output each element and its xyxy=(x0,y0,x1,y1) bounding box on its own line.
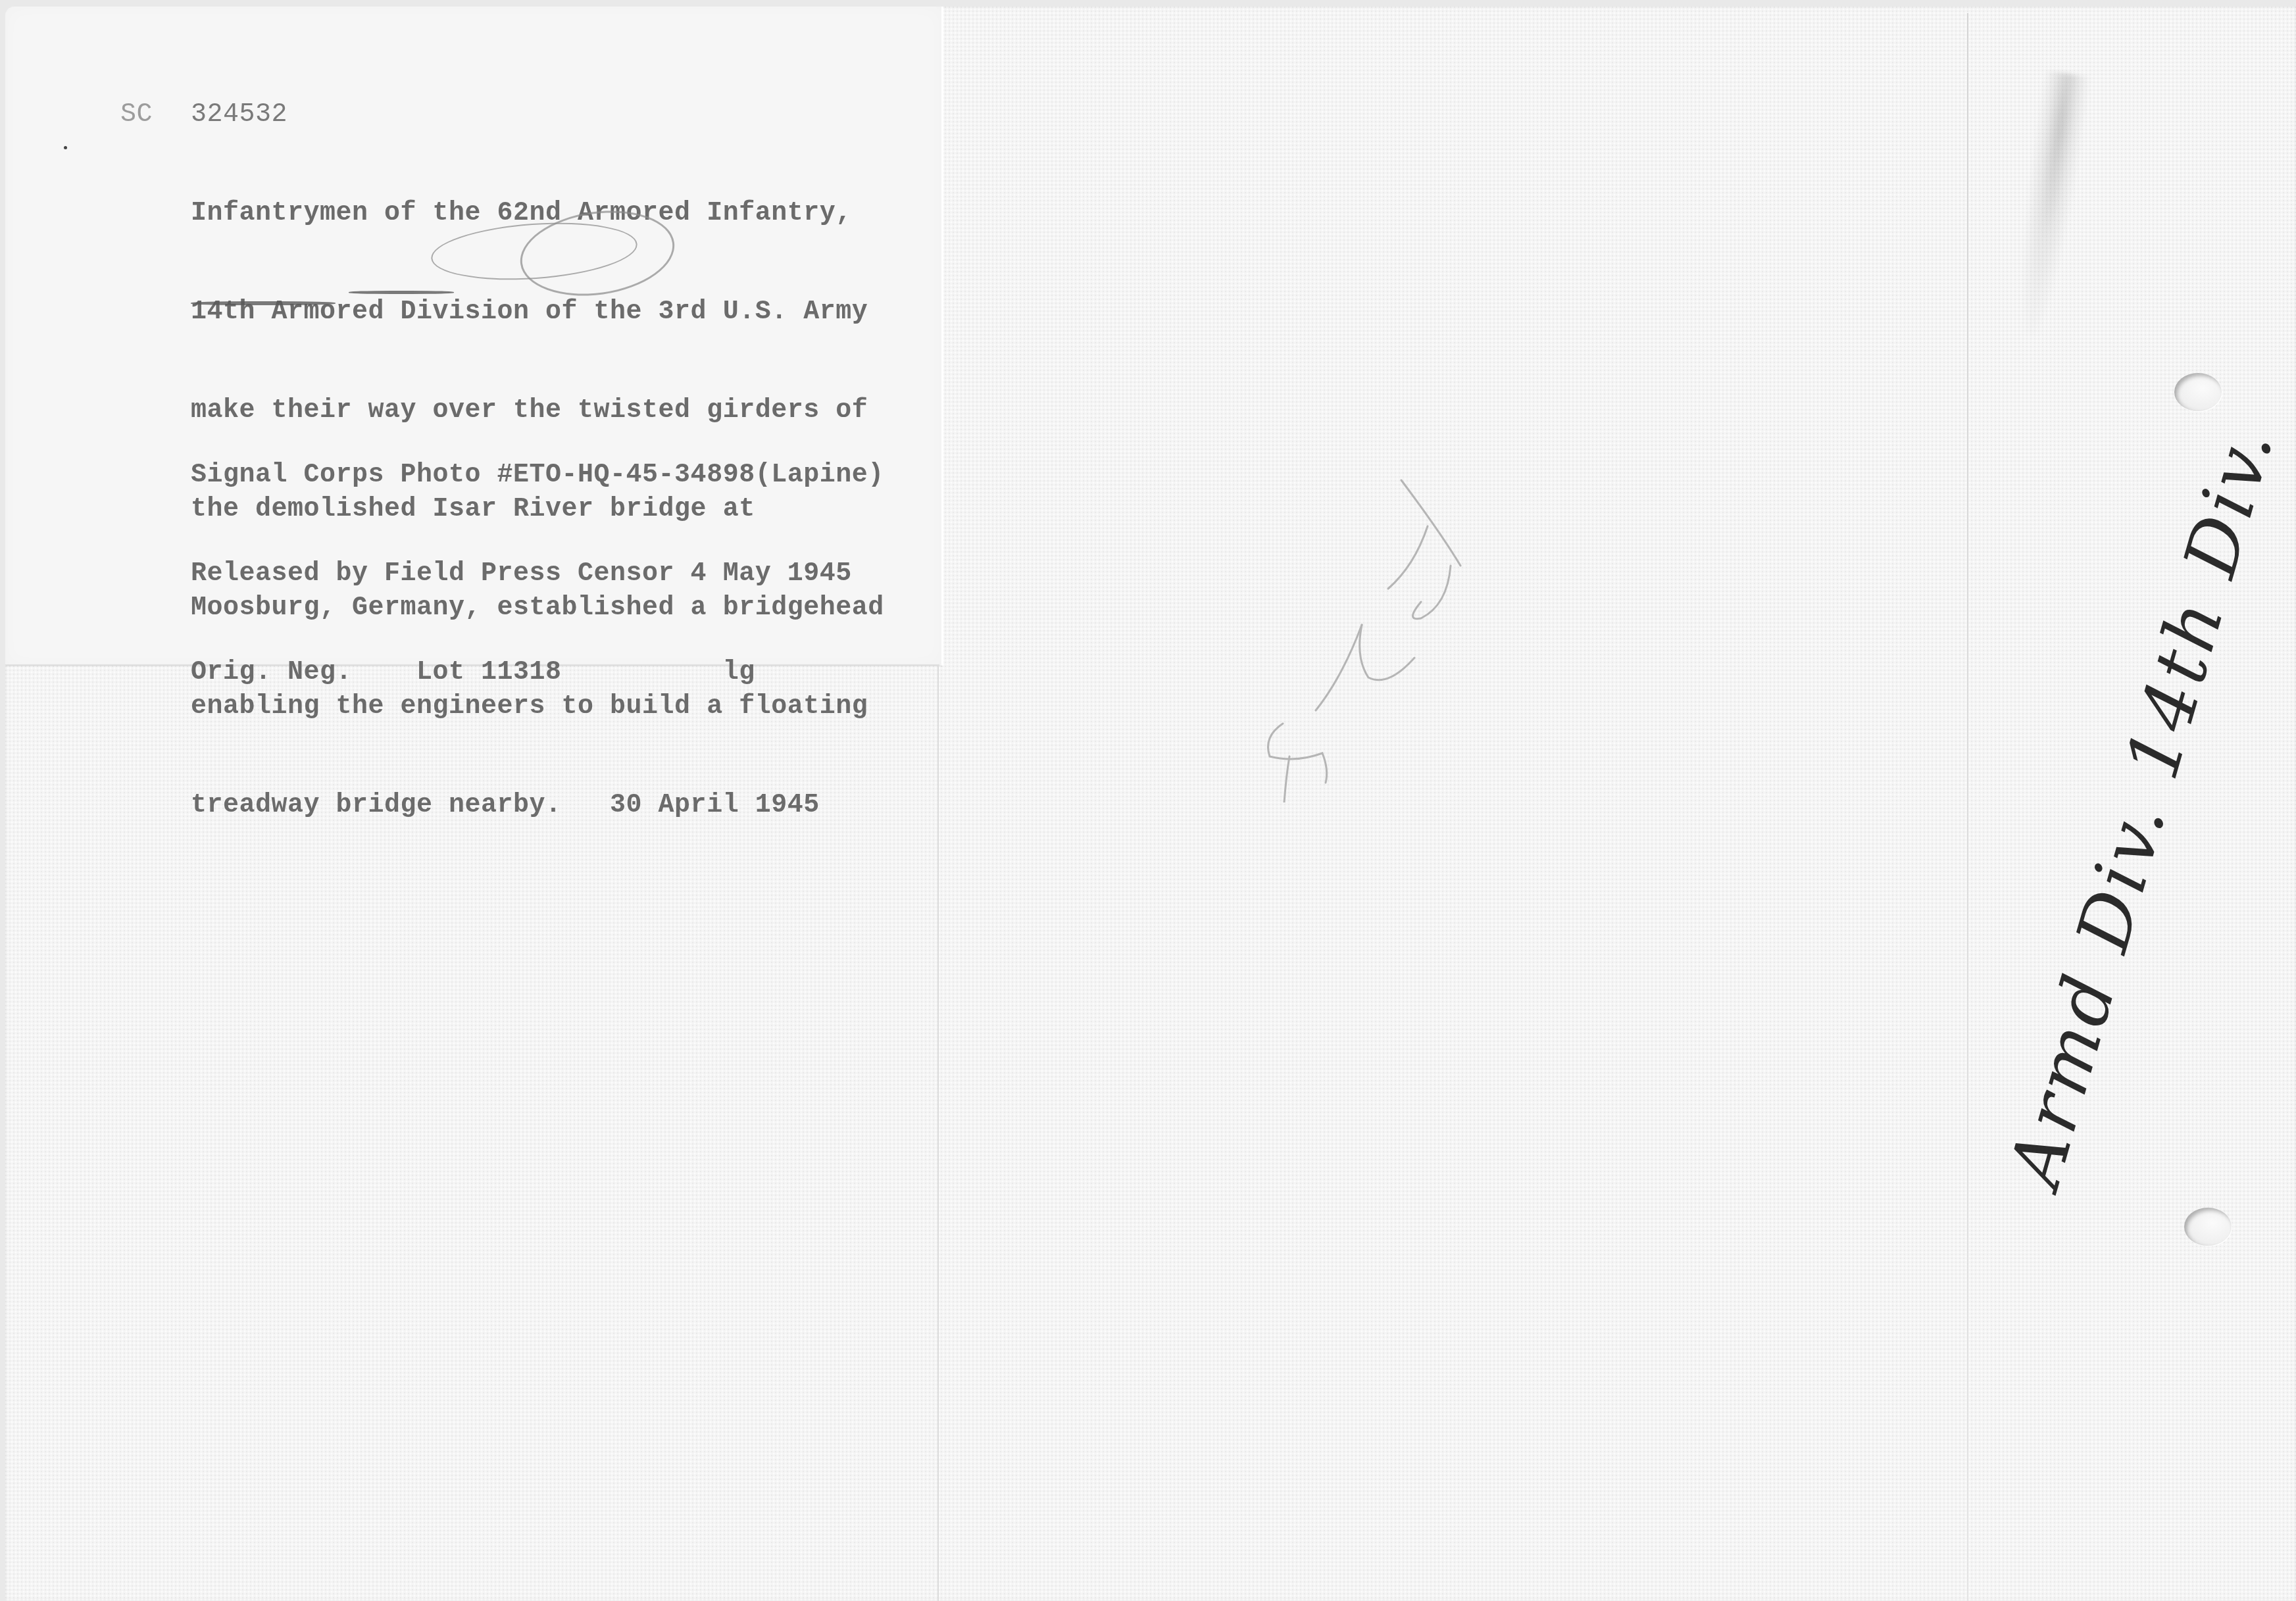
caption-card-seam xyxy=(937,666,939,1601)
credit-line: Signal Corps Photo #ETO-HQ-45-34898(Lapi… xyxy=(191,459,884,492)
caption-credits: Signal Corps Photo #ETO-HQ-45-34898(Lapi… xyxy=(191,393,884,722)
mount-seam xyxy=(1967,13,1968,1601)
caption-line: treadway bridge nearby. 30 April 1945 xyxy=(191,789,884,822)
punch-hole-bottom xyxy=(2184,1208,2232,1246)
sc-number: 324532 xyxy=(191,99,287,132)
pencil-scribble xyxy=(1224,460,1513,802)
speck xyxy=(64,146,67,149)
pencil-underline-engineers xyxy=(349,291,454,294)
credit-line: Orig. Neg. Lot 11318 lg xyxy=(191,656,884,689)
sc-prefix: SC xyxy=(120,99,153,132)
punch-hole-top xyxy=(2174,373,2222,411)
pencil-underline-moosburg xyxy=(191,301,336,305)
credit-line: Released by Field Press Censor 4 May 194… xyxy=(191,558,884,591)
